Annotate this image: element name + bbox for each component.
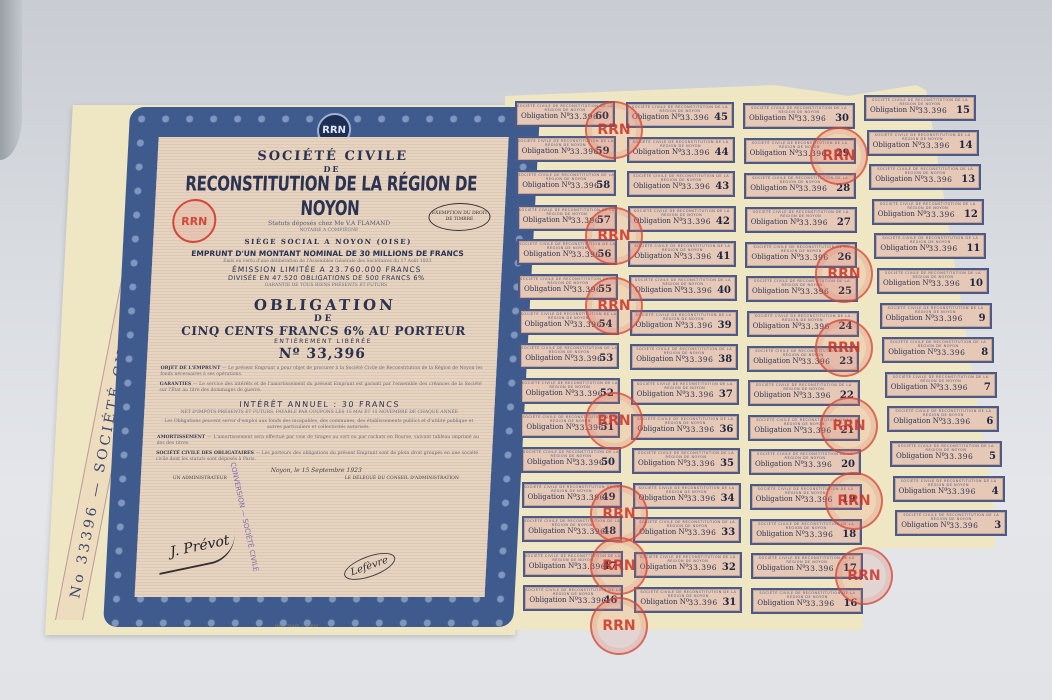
coupon-index: 46: [603, 595, 617, 606]
coupon-bond-number: 33.396: [684, 355, 713, 364]
coupon-bond-number: 33.396: [681, 148, 710, 157]
coupon-42: SOCIÉTÉ CIVILE DE RECONSTITUTION DE LA R…: [628, 206, 736, 232]
coupon-index: 33: [721, 527, 735, 538]
coupon-header: SOCIÉTÉ CIVILE DE RECONSTITUTION DE LA R…: [884, 340, 992, 348]
coupon-index: 36: [719, 424, 733, 435]
coupon-bond-number: 33.396: [804, 530, 833, 539]
coupon-index: 48: [602, 526, 616, 537]
coupon-bond-number: 33.396: [803, 460, 832, 469]
coupon-9: SOCIÉTÉ CIVILE DE RECONSTITUTION DE LA R…: [880, 303, 992, 329]
printer-mark: IMP. CHAIX — PARIS: [275, 623, 318, 628]
coupon-grid: SOCIÉTÉ CIVILE DE RECONSTITUTION DE LA R…: [515, 97, 975, 622]
coupon-label: Obligation Nº: [638, 459, 687, 467]
coupon-bond-number: 33.396: [571, 250, 600, 259]
bond-certificate: No 33396 — SOCIÉTÉ CIVILE DE RECONSTITUT…: [45, 85, 995, 635]
coupon-label: Obligation Nº: [639, 528, 688, 536]
coupon-49: SOCIÉTÉ CIVILE DE RECONSTITUTION DE LA R…: [522, 482, 622, 508]
coupon-label: Obligation Nº: [754, 391, 803, 399]
coupon-label: Obligation Nº: [633, 182, 682, 190]
coupon-18: SOCIÉTÉ CIVILE DE RECONSTITUTION DE LA R…: [750, 519, 862, 545]
coupon-label: Obligation Nº: [751, 253, 800, 261]
coupon-bond-number: 33.396: [941, 417, 970, 426]
coupon-bond-number: 33.396: [801, 322, 830, 331]
coupon-8: SOCIÉTÉ CIVILE DE RECONSTITUTION DE LA R…: [882, 337, 994, 363]
coupon-label: Obligation Nº: [525, 320, 574, 328]
coupon-index: 34: [721, 493, 735, 504]
coupon-label: Obligation Nº: [880, 244, 929, 252]
coupon-bond-number: 33.396: [575, 458, 604, 467]
coupon-index: 35: [720, 458, 734, 469]
coupon-30: SOCIÉTÉ CIVILE DE RECONSTITUTION DE LA R…: [743, 103, 855, 129]
coupon-24: SOCIÉTÉ CIVILE DE RECONSTITUTION DE LA R…: [747, 311, 859, 337]
certificate-number: Nº 33,396: [159, 346, 486, 362]
coupon-label: Obligation Nº: [753, 322, 802, 330]
coupon-index: 25: [838, 286, 852, 297]
amortissement-text: L'amortissement sera effectué par voie d…: [156, 435, 479, 446]
coupon-bond-number: 33.396: [799, 253, 828, 262]
coupon-label: Obligation Nº: [526, 389, 575, 397]
interest-subtext: NET D'IMPÔTS PRÉSENTS ET FUTURS, PAYABLE…: [156, 410, 482, 415]
coupon-29: SOCIÉTÉ CIVILE DE RECONSTITUTION DE LA R…: [744, 138, 856, 164]
coupon-bond-number: 33.396: [687, 528, 716, 537]
coupon-index: 14: [959, 140, 973, 151]
coupon-bond-number: 33.396: [683, 286, 712, 295]
coupon-53: SOCIÉTÉ CIVILE DE RECONSTITUTION DE LA R…: [519, 343, 619, 369]
notary-text: Statuts déposés chez Me V.A FLAMAND: [268, 220, 391, 227]
annual-interest: INTÉRÊT ANNUEL : 30 FRANCS: [156, 400, 482, 409]
coupon-label: Obligation Nº: [523, 250, 572, 258]
coupon-bond-number: 33.396: [688, 563, 717, 572]
coupon-bond-number: 33.396: [686, 459, 715, 468]
coupon-6: SOCIÉTÉ CIVILE DE RECONSTITUTION DE LA R…: [887, 406, 999, 432]
coupon-index: 44: [715, 147, 729, 158]
coupon-label: Obligation Nº: [749, 114, 798, 122]
coupon-54: SOCIÉTÉ CIVILE DE RECONSTITUTION DE LA R…: [519, 309, 619, 335]
fully-paid-label: ENTIÈREMENT LIBÉRÉE: [160, 338, 486, 345]
coupon-label: Obligation Nº: [637, 425, 686, 433]
coupon-bond-number: 33.396: [800, 287, 829, 296]
coupon-15: SOCIÉTÉ CIVILE DE RECONSTITUTION DE LA R…: [864, 95, 976, 121]
coupon-index: 45: [714, 112, 728, 123]
coupon-index: 19: [842, 494, 856, 505]
coupon-59: SOCIÉTÉ CIVILE DE RECONSTITUTION DE LA R…: [516, 136, 616, 162]
coupon-bond-number: 33.396: [688, 598, 717, 607]
coupon-23: SOCIÉTÉ CIVILE DE RECONSTITUTION DE LA R…: [747, 346, 859, 372]
coupon-bond-number: 33.396: [682, 217, 711, 226]
coupon-50: SOCIÉTÉ CIVILE DE RECONSTITUTION DE LA R…: [521, 447, 621, 473]
coupon-bond-number: 33.396: [577, 596, 606, 605]
coupon-28: SOCIÉTÉ CIVILE DE RECONSTITUTION DE LA R…: [744, 173, 856, 199]
coupon-label: Obligation Nº: [757, 564, 806, 572]
coupon-index: 59: [596, 146, 610, 157]
coupon-index: 6: [986, 416, 993, 427]
objet-label: OBJET DE L'EMPRUNT: [160, 366, 220, 371]
coupon-index: 57: [597, 215, 611, 226]
coupon-label: Obligation Nº: [870, 106, 919, 114]
certificate-body: SOCIÉTÉ CIVILE DE RECONSTITUTION DE LA R…: [135, 137, 509, 597]
coupon-label: Obligation Nº: [529, 596, 578, 604]
coupon-index: 32: [722, 562, 736, 573]
coupon-25: SOCIÉTÉ CIVILE DE RECONSTITUTION DE LA R…: [746, 276, 858, 302]
coupon-bond-number: 33.396: [921, 141, 950, 150]
coupon-index: 22: [840, 390, 854, 401]
coupon-index: 39: [718, 320, 732, 331]
loan-subtext: Émis en vertu d'une délibération de l'As…: [164, 259, 490, 264]
coupon-26: SOCIÉTÉ CIVILE DE RECONSTITUTION DE LA R…: [745, 242, 857, 268]
coupon-label: Obligation Nº: [888, 348, 937, 356]
emission-limit: ÉMISSION LIMITÉE A 23.760.000 FRANCS: [163, 265, 489, 274]
paragraph-paiement: Les Obligations peuvent servir d'emploi …: [157, 419, 480, 431]
coupon-label: Obligation Nº: [522, 147, 571, 155]
coupon-bond-number: 33.396: [680, 113, 709, 122]
coupon-header: SOCIÉTÉ CIVILE DE RECONSTITUTION DE LA R…: [892, 444, 1000, 452]
coupon-47: SOCIÉTÉ CIVILE DE RECONSTITUTION DE LA R…: [523, 551, 623, 577]
coupon-38: SOCIÉTÉ CIVILE DE RECONSTITUTION DE LA R…: [630, 344, 738, 370]
coupon-header: SOCIÉTÉ CIVILE DE RECONSTITUTION DE LA R…: [889, 409, 997, 417]
coupon-60: SOCIÉTÉ CIVILE DE RECONSTITUTION DE LA R…: [515, 101, 615, 127]
coupon-label: Obligation Nº: [632, 113, 681, 121]
garanties-label: GARANTIES: [160, 382, 192, 387]
coupon-label: Obligation Nº: [526, 423, 575, 431]
coupon-bond-number: 33.396: [576, 527, 605, 536]
coupon-bond-number: 33.396: [798, 184, 827, 193]
coupon-label: Obligation Nº: [523, 216, 572, 224]
coupon-10: SOCIÉTÉ CIVILE DE RECONSTITUTION DE LA R…: [877, 268, 989, 294]
coupon-51: SOCIÉTÉ CIVILE DE RECONSTITUTION DE LA R…: [520, 412, 620, 438]
coupon-index: 37: [719, 389, 733, 400]
paragraph-objet: OBJET DE L'EMPRUNT — Le présent Emprunt …: [160, 366, 483, 378]
guarantee-line: GARANTIE DE TOUS BIENS PRÉSENTS ET FUTUR…: [163, 283, 489, 288]
coupon-label: Obligation Nº: [639, 494, 688, 502]
signatory-right-label: LE DÉLÉGUÉ DU CONSEIL D'ADMINISTRATION: [345, 476, 459, 481]
coupon-label: Obligation Nº: [750, 184, 799, 192]
obligation-title: OBLIGATION: [161, 296, 488, 314]
coupon-index: 10: [969, 278, 983, 289]
head-office: SIÈGE SOCIAL A NOYON (OISE): [165, 237, 491, 246]
coupon-label: Obligation Nº: [873, 141, 922, 149]
coupon-37: SOCIÉTÉ CIVILE DE RECONSTITUTION DE LA R…: [631, 379, 739, 405]
coupon-label: Obligation Nº: [640, 563, 689, 571]
coupon-label: Obligation Nº: [886, 314, 935, 322]
coupon-14: SOCIÉTÉ CIVILE DE RECONSTITUTION DE LA R…: [867, 130, 979, 156]
coupon-label: Obligation Nº: [750, 149, 799, 157]
coupon-35: SOCIÉTÉ CIVILE DE RECONSTITUTION DE LA R…: [632, 448, 740, 474]
coupon-bond-number: 33.396: [685, 425, 714, 434]
coupon-45: SOCIÉTÉ CIVILE DE RECONSTITUTION DE LA R…: [626, 102, 734, 128]
coupon-index: 56: [597, 249, 611, 260]
coupon-5: SOCIÉTÉ CIVILE DE RECONSTITUTION DE LA R…: [890, 441, 1002, 467]
coupon-label: Obligation Nº: [634, 252, 683, 260]
coupon-bond-number: 33.396: [936, 348, 965, 357]
coupon-label: Obligation Nº: [883, 279, 932, 287]
coupon-label: Obligation Nº: [755, 460, 804, 468]
coupon-4: SOCIÉTÉ CIVILE DE RECONSTITUTION DE LA R…: [893, 476, 1005, 502]
coupon-index: 31: [722, 597, 736, 608]
coupon-16: SOCIÉTÉ CIVILE DE RECONSTITUTION DE LA R…: [751, 588, 863, 614]
coupon-46: SOCIÉTÉ CIVILE DE RECONSTITUTION DE LA R…: [523, 585, 623, 611]
coupon-bond-number: 33.396: [805, 564, 834, 573]
coupon-index: 11: [966, 243, 980, 254]
coupon-bond-number: 33.396: [939, 383, 968, 392]
signature-right: Lefèvre: [342, 548, 398, 586]
coupon-label: Obligation Nº: [633, 148, 682, 156]
coupon-index: 30: [835, 113, 849, 124]
coupon-bond-number: 33.396: [684, 321, 713, 330]
garanties-text: Le service des intérêts et de l'amortiss…: [159, 382, 482, 393]
coupon-index: 18: [842, 529, 856, 540]
coupon-label: Obligation Nº: [522, 181, 571, 189]
coupon-39: SOCIÉTÉ CIVILE DE RECONSTITUTION DE LA R…: [630, 310, 738, 336]
coupon-bond-number: 33.396: [797, 114, 826, 123]
coupon-label: Obligation Nº: [875, 175, 924, 183]
coupon-index: 29: [836, 148, 850, 159]
paragraph-amortissement: AMORTISSEMENT — L'amortissement sera eff…: [156, 435, 479, 447]
coupon-bond-number: 33.396: [926, 210, 955, 219]
coupon-label: Obligation Nº: [752, 287, 801, 295]
coupon-20: SOCIÉTÉ CIVILE DE RECONSTITUTION DE LA R…: [749, 449, 861, 475]
coupon-index: 17: [843, 563, 857, 574]
coupon-label: Obligation Nº: [753, 357, 802, 365]
coupon-bond-number: 33.396: [687, 494, 716, 503]
coupon-index: 15: [956, 105, 970, 116]
obligation-de: DE: [161, 314, 488, 324]
division-text: DIVISÉE EN 47.520 OBLIGATIONS DE 500 FRA…: [163, 274, 489, 282]
coupon-index: 52: [600, 388, 614, 399]
coupon-label: Obligation Nº: [528, 527, 577, 535]
coupon-index: 16: [843, 598, 857, 609]
coupon-21: SOCIÉTÉ CIVILE DE RECONSTITUTION DE LA R…: [748, 415, 860, 441]
backdrop-shadow: [0, 0, 22, 160]
coupon-index: 53: [599, 353, 613, 364]
coupon-48: SOCIÉTÉ CIVILE DE RECONSTITUTION DE LA R…: [522, 516, 622, 542]
coupon-label: Obligation Nº: [635, 286, 684, 294]
coupon-index: 12: [964, 209, 978, 220]
coupon-bond-number: 33.396: [685, 390, 714, 399]
coupon-label: Obligation Nº: [878, 210, 927, 218]
coupon-41: SOCIÉTÉ CIVILE DE RECONSTITUTION DE LA R…: [628, 241, 736, 267]
coupon-bond-number: 33.396: [574, 423, 603, 432]
coupon-label: Obligation Nº: [636, 355, 685, 363]
coupon-index: 26: [837, 252, 851, 263]
coupon-label: Obligation Nº: [899, 487, 948, 495]
coupon-bond-number: 33.396: [923, 175, 952, 184]
coupon-index: 9: [979, 313, 986, 324]
coupon-label: Obligation Nº: [756, 530, 805, 538]
coupon-label: Obligation Nº: [527, 458, 576, 466]
coupon-index: 23: [839, 356, 853, 367]
coupon-index: 49: [602, 492, 616, 503]
coupon-bond-number: 33.396: [804, 495, 833, 504]
coupon-label: Obligation Nº: [640, 598, 689, 606]
coupon-bond-number: 33.396: [577, 562, 606, 571]
coupon-44: SOCIÉTÉ CIVILE DE RECONSTITUTION DE LA R…: [627, 137, 735, 163]
coupon-label: Obligation Nº: [891, 383, 940, 391]
coupon-index: 20: [841, 459, 855, 470]
coupon-bond-number: 33.396: [934, 314, 963, 323]
obligation-amount: CINQ CENTS FRANCS 6% AU PORTEUR: [160, 324, 487, 338]
coupon-bond-number: 33.396: [573, 354, 602, 363]
coupon-11: SOCIÉTÉ CIVILE DE RECONSTITUTION DE LA R…: [874, 233, 986, 259]
coupon-label: Obligation Nº: [521, 112, 570, 120]
coupon-58: SOCIÉTÉ CIVILE DE RECONSTITUTION DE LA R…: [516, 170, 616, 196]
coupon-label: Obligation Nº: [637, 390, 686, 398]
coupon-bond-number: 33.396: [573, 320, 602, 329]
coupon-31: SOCIÉTÉ CIVILE DE RECONSTITUTION DE LA R…: [634, 587, 742, 613]
coupon-bond-number: 33.396: [682, 252, 711, 261]
coupon-label: Obligation Nº: [754, 426, 803, 434]
coupon-bond-number: 33.396: [571, 216, 600, 225]
coupon-label: Obligation Nº: [525, 354, 574, 362]
coupon-17: SOCIÉTÉ CIVILE DE RECONSTITUTION DE LA R…: [751, 553, 863, 579]
coupon-bond-number: 33.396: [928, 244, 957, 253]
coupon-label: Obligation Nº: [757, 599, 806, 607]
coupon-label: Obligation Nº: [901, 521, 950, 529]
coupon-bond-number: 33.396: [799, 218, 828, 227]
coupon-bond-number: 33.396: [569, 112, 598, 121]
coupon-56: SOCIÉTÉ CIVILE DE RECONSTITUTION DE LA R…: [517, 239, 617, 265]
coupon-index: 40: [717, 285, 731, 296]
coupon-12: SOCIÉTÉ CIVILE DE RECONSTITUTION DE LA R…: [872, 199, 984, 225]
coupon-index: 42: [716, 216, 730, 227]
coupon-bond-number: 33.396: [805, 599, 834, 608]
coupon-34: SOCIÉTÉ CIVILE DE RECONSTITUTION DE LA R…: [633, 483, 741, 509]
coupon-index: 24: [839, 321, 853, 332]
coupon-index: 8: [981, 347, 988, 358]
coupon-label: Obligation Nº: [636, 321, 685, 329]
coupon-bond-number: 33.396: [802, 391, 831, 400]
coupon-bond-number: 33.396: [944, 452, 973, 461]
coupon-36: SOCIÉTÉ CIVILE DE RECONSTITUTION DE LA R…: [631, 414, 739, 440]
coupon-label: Obligation Nº: [634, 217, 683, 225]
coupon-index: 51: [600, 422, 614, 433]
coupon-27: SOCIÉTÉ CIVILE DE RECONSTITUTION DE LA R…: [745, 207, 857, 233]
coupon-bond-number: 33.396: [918, 106, 947, 115]
coupon-55: SOCIÉTÉ CIVILE DE RECONSTITUTION DE LA R…: [518, 274, 618, 300]
coupon-13: SOCIÉTÉ CIVILE DE RECONSTITUTION DE LA R…: [869, 164, 981, 190]
coupon-57: SOCIÉTÉ CIVILE DE RECONSTITUTION DE LA R…: [517, 205, 617, 231]
coupon-label: Obligation Nº: [528, 493, 577, 501]
coupon-header: SOCIÉTÉ CIVILE DE RECONSTITUTION DE LA R…: [887, 375, 995, 383]
coupon-bond-number: 33.396: [572, 285, 601, 294]
coupon-index: 3: [994, 520, 1001, 531]
coupon-header: SOCIÉTÉ CIVILE DE RECONSTITUTION DE LA R…: [897, 513, 1005, 521]
societe-obligataires-label: SOCIÉTÉ CIVILE DES OBLIGATAIRES: [156, 451, 254, 456]
coupon-header: SOCIÉTÉ CIVILE DE RECONSTITUTION DE LA R…: [895, 479, 1003, 487]
coupon-43: SOCIÉTÉ CIVILE DE RECONSTITUTION DE LA R…: [627, 171, 735, 197]
coupon-bond-number: 33.396: [574, 389, 603, 398]
coupon-bond-number: 33.396: [570, 181, 599, 190]
coupon-7: SOCIÉTÉ CIVILE DE RECONSTITUTION DE LA R…: [885, 372, 997, 398]
coupon-index: 7: [984, 382, 991, 393]
title-societe: SOCIÉTÉ CIVILE: [169, 149, 496, 164]
coupon-index: 50: [601, 457, 615, 468]
coupon-32: SOCIÉTÉ CIVILE DE RECONSTITUTION DE LA R…: [634, 552, 742, 578]
coupon-index: 54: [599, 319, 613, 330]
coupon-index: 60: [595, 111, 609, 122]
coupon-40: SOCIÉTÉ CIVILE DE RECONSTITUTION DE LA R…: [629, 275, 737, 301]
paragraph-garanties: GARANTIES — Le service des intérêts et d…: [159, 382, 482, 394]
coupon-index: 58: [596, 180, 610, 191]
ornamental-border: RRN SOCIÉTÉ CIVILE DE RECONSTITUTION DE …: [103, 107, 540, 627]
coupon-index: 13: [961, 174, 975, 185]
coupon-bond-number: 33.396: [949, 521, 978, 530]
coupon-index: 27: [837, 217, 851, 228]
coupon-bond-number: 33.396: [947, 487, 976, 496]
coupon-index: 38: [718, 354, 732, 365]
coupon-index: 47: [603, 561, 617, 572]
coupon-index: 5: [989, 451, 996, 462]
coupon-label: Obligation Nº: [896, 452, 945, 460]
amortissement-label: AMORTISSEMENT: [157, 435, 205, 440]
coupon-bond-number: 33.396: [570, 147, 599, 156]
coupon-label: Obligation Nº: [751, 218, 800, 226]
coupon-index: 41: [716, 251, 730, 262]
coupon-bond-number: 33.396: [931, 279, 960, 288]
coupon-bond-number: 33.396: [681, 182, 710, 191]
coupon-label: Obligation Nº: [756, 495, 805, 503]
coupon-22: SOCIÉTÉ CIVILE DE RECONSTITUTION DE LA R…: [748, 380, 860, 406]
coupon-52: SOCIÉTÉ CIVILE DE RECONSTITUTION DE LA R…: [520, 378, 620, 404]
coupon-index: 43: [715, 181, 729, 192]
coupon-bond-number: 33.396: [798, 149, 827, 158]
coupon-label: Obligation Nº: [529, 562, 578, 570]
coupon-bond-number: 33.396: [576, 493, 605, 502]
coupon-index: 28: [836, 183, 850, 194]
coupon-bond-number: 33.396: [802, 426, 831, 435]
coupon-33: SOCIÉTÉ CIVILE DE RECONSTITUTION DE LA R…: [633, 517, 741, 543]
coupon-19: SOCIÉTÉ CIVILE DE RECONSTITUTION DE LA R…: [750, 484, 862, 510]
coupon-index: 4: [992, 486, 999, 497]
coupon-header: SOCIÉTÉ CIVILE DE RECONSTITUTION DE LA R…: [882, 306, 990, 314]
loan-amount: EMPRUNT D'UN MONTANT NOMINAL DE 30 MILLI…: [164, 249, 490, 258]
coupon-index: 21: [840, 425, 854, 436]
coupon-label: Obligation Nº: [893, 417, 942, 425]
coupon-bond-number: 33.396: [801, 357, 830, 366]
coupon-3: SOCIÉTÉ CIVILE DE RECONSTITUTION DE LA R…: [895, 510, 1007, 536]
coupon-label: Obligation Nº: [524, 285, 573, 293]
coupon-index: 55: [598, 284, 612, 295]
